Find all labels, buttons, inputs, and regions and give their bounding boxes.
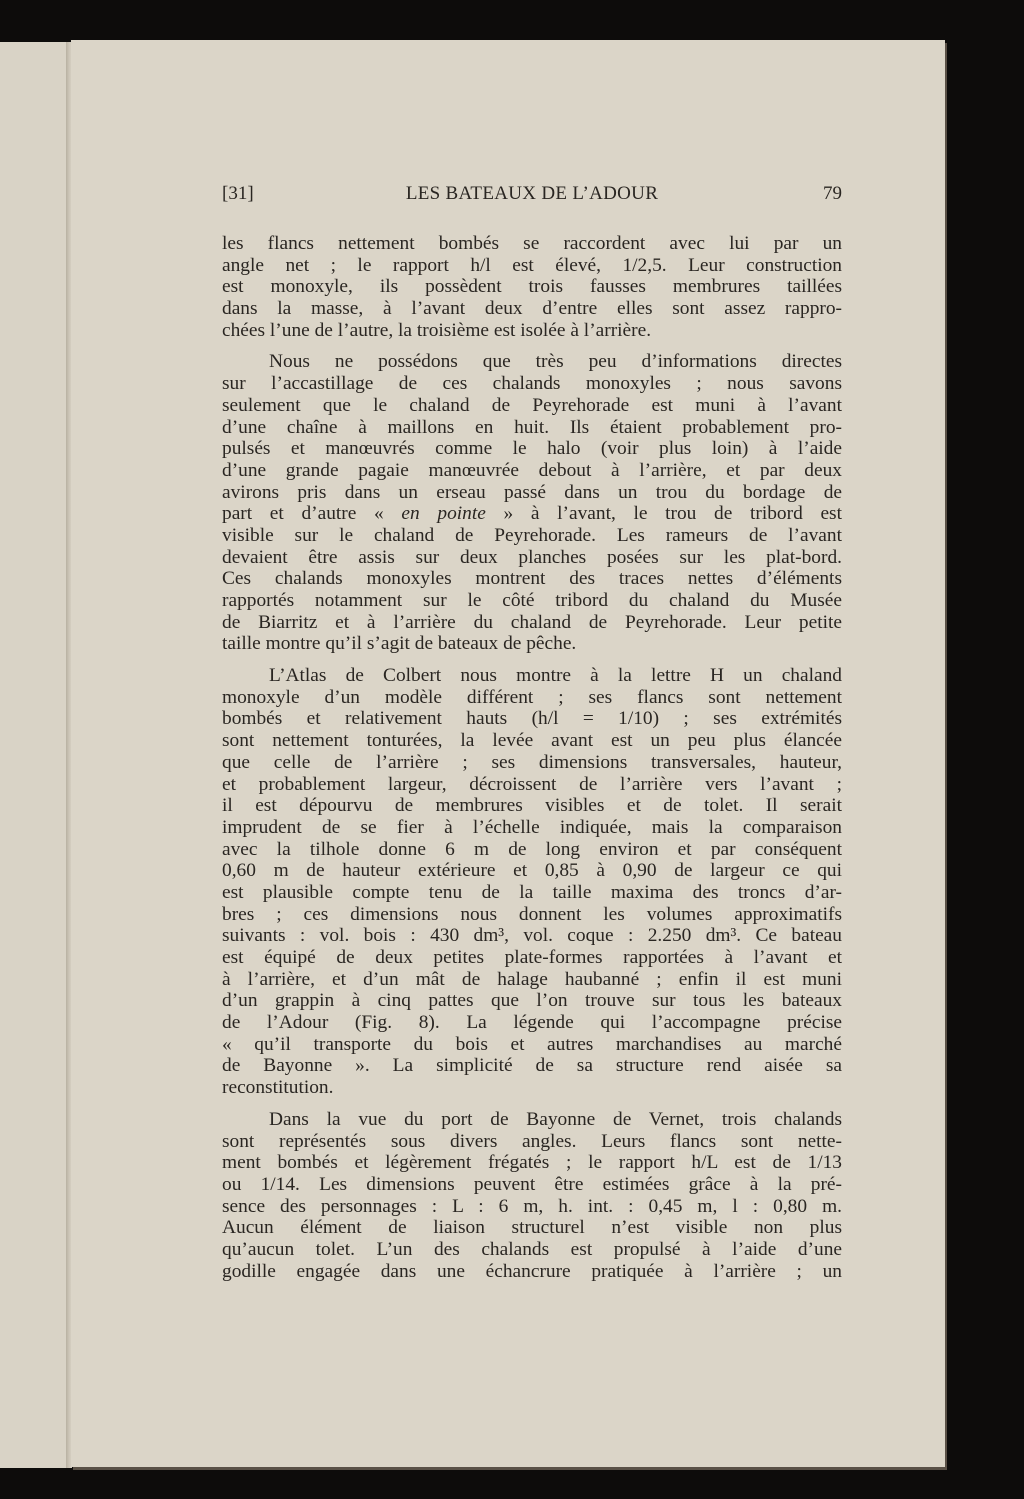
paragraph-4: Dans la vue du port de Bayonne de Vernet… [222, 1109, 842, 1283]
text-line: chées l’une de l’autre, la troisième est… [222, 320, 842, 342]
text-line: taille montre qu’il s’agit de bateaux de… [222, 633, 842, 655]
text-line: avirons pris dans un erseau passé dans u… [222, 482, 842, 504]
text-line: ment bombés et légèrement frégatés ; le … [222, 1152, 842, 1174]
text-line: reconstitution. [222, 1077, 842, 1099]
text-line: sont représentés sous divers angles. Leu… [222, 1131, 842, 1153]
text-line: imprudent de se fier à l’échelle indiqué… [222, 817, 842, 839]
text-line: bombés et relativement hauts (h/l = 1/10… [222, 708, 842, 730]
text-line: de l’Adour (Fig. 8). La légende qui l’ac… [222, 1012, 842, 1034]
text-line: que celle de l’arrière ; ses dimensions … [222, 752, 842, 774]
text-line: rapportés notamment sur le côté tribord … [222, 590, 842, 612]
text-line: Nous ne possédons que très peu d’informa… [222, 351, 842, 373]
text-line: sont nettement tonturées, la levée avant… [222, 730, 842, 752]
text-line: à l’arrière, et d’un mât de halage hauba… [222, 969, 842, 991]
text-line: seulement que le chaland de Peyrehorade … [222, 395, 842, 417]
text-line: bres ; ces dimensions nous donnent les v… [222, 904, 842, 926]
text-line: godille engagée dans une échancrure prat… [222, 1261, 842, 1283]
text-line: d’une chaîne à maillons en huit. Ils éta… [222, 417, 842, 439]
text-line: suivants : vol. bois : 430 dm³, vol. coq… [222, 925, 842, 947]
italic-phrase: en pointe [401, 503, 485, 524]
text-line: sence des personnages : L : 6 m, h. int.… [222, 1196, 842, 1218]
text-line: sur l’accastillage de ces chalands monox… [222, 373, 842, 395]
text-line: angle net ; le rapport h/l est élevé, 1/… [222, 255, 842, 277]
text-line: est monoxyle, ils possèdent trois fausse… [222, 276, 842, 298]
text-line: « qu’il transporte du bois et autres mar… [222, 1034, 842, 1056]
text-line: d’un grappin à cinq pattes que l’on trou… [222, 990, 842, 1012]
running-head: [31] LES BATEAUX DE L’ADOUR 79 [222, 183, 842, 209]
text-line: pulsés et manœuvrés comme le halo (voir … [222, 438, 842, 460]
text-line: devaient être assis sur deux planches po… [222, 547, 842, 569]
text-line: et probablement largeur, décroissent de … [222, 774, 842, 796]
body-text: les flancs nettement bombés se raccorden… [222, 233, 842, 1292]
paragraph-1: les flancs nettement bombés se raccorden… [222, 233, 842, 341]
text-line: est équipé de deux petites plate-formes … [222, 947, 842, 969]
text-line: monoxyle d’un modèle différent ; ses fla… [222, 687, 842, 709]
left-page-edge [0, 42, 68, 1468]
text-line: de Biarritz et à l’arrière du chaland de… [222, 612, 842, 634]
text-line-with-italic: part et d’autre « en pointe » à l’avant,… [222, 503, 842, 525]
running-title: LES BATEAUX DE L’ADOUR [222, 183, 842, 205]
text-line: qu’aucun tolet. L’un des chalands est pr… [222, 1239, 842, 1261]
text-line: est plausible compte tenu de la taille m… [222, 882, 842, 904]
page-number: 79 [823, 183, 842, 205]
text-line: d’une grande pagaie manœuvrée debout à l… [222, 460, 842, 482]
text-line: 0,60 m de hauteur extérieure et 0,85 à 0… [222, 860, 842, 882]
paragraph-3: L’Atlas de Colbert nous montre à la lett… [222, 665, 842, 1099]
text-line: visible sur le chaland de Peyrehorade. L… [222, 525, 842, 547]
text-line: il est dépourvu de membrures visibles et… [222, 795, 842, 817]
text-line: Dans la vue du port de Bayonne de Vernet… [222, 1109, 842, 1131]
text-line: de Bayonne ». La simplicité de sa struct… [222, 1055, 842, 1077]
text-line: avec la tilhole donne 6 m de long enviro… [222, 839, 842, 861]
text-line: dans la masse, à l’avant deux d’entre el… [222, 298, 842, 320]
text-line: les flancs nettement bombés se raccorden… [222, 233, 842, 255]
text-line: L’Atlas de Colbert nous montre à la lett… [222, 665, 842, 687]
text-line: ou 1/14. Les dimensions peuvent être est… [222, 1174, 842, 1196]
paragraph-2: Nous ne possédons que très peu d’informa… [222, 351, 842, 655]
text-line: Ces chalands monoxyles montrent des trac… [222, 568, 842, 590]
text-line: Aucun élément de liaison structurel n’es… [222, 1217, 842, 1239]
